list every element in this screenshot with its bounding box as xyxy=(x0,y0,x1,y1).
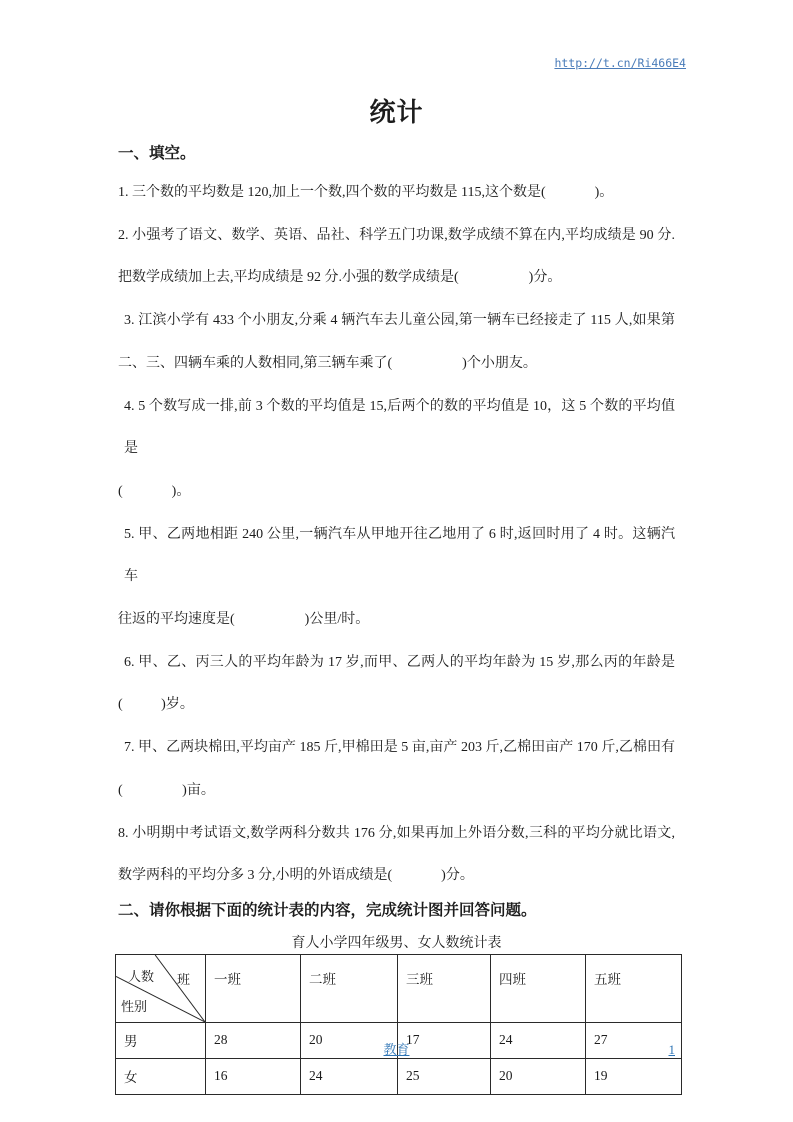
cell-female-class2: 24 xyxy=(301,1058,398,1094)
question-5: 5. 甲、乙两地相距 240 公里,一辆汽车从甲地开往乙地用了 6 时,返回时用… xyxy=(118,514,675,642)
corner-row-label: 性别 xyxy=(121,999,147,1014)
table-corner-cell: 人数 班 性别 xyxy=(116,954,206,1022)
cell-female-class3: 25 xyxy=(398,1058,491,1094)
table-title: 育人小学四年级男、女人数统计表 xyxy=(118,935,675,953)
stats-table: 人数 班 性别 一班 二班 三班 四班 五班 男 28 20 17 24 27 … xyxy=(115,954,682,1095)
cell-female-class4: 20 xyxy=(491,1058,586,1094)
question-7-line-2: ( )亩。 xyxy=(118,770,675,813)
question-4-line-1: 4. 5 个数写成一排,前 3 个数的平均值是 15,后两个的数的平均值是 10… xyxy=(118,386,675,471)
question-list: 1. 三个数的平均数是 120,加上一个数,四个数的平均数是 115,这个数是(… xyxy=(118,172,675,898)
question-2: 2. 小强考了语文、数学、英语、品社、科学五门功课,数学成绩不算在内,平均成绩是… xyxy=(118,215,675,300)
corner-col-label: 班 xyxy=(177,972,190,987)
question-7-line-1: 7. 甲、乙两块棉田,平均亩产 185 斤,甲棉田是 5 亩,亩产 203 斤,… xyxy=(118,727,675,770)
question-5-line-2: 往返的平均速度是( )公里/时。 xyxy=(118,599,675,642)
column-header-class1: 一班 xyxy=(206,954,301,1022)
question-4-line-2: ( )。 xyxy=(118,471,675,514)
cell-female-class5: 19 xyxy=(586,1058,682,1094)
page-number-link[interactable]: 1 xyxy=(669,1042,676,1058)
header-url-link[interactable]: http://t.cn/Ri466E4 xyxy=(554,56,686,70)
question-3-line-2: 二、三、四辆车乘的人数相同,第三辆车乘了( )个小朋友。 xyxy=(118,343,675,386)
question-6-line-2: ( )岁。 xyxy=(118,684,675,727)
question-5-line-1: 5. 甲、乙两地相距 240 公里,一辆汽车从甲地开往乙地用了 6 时,返回时用… xyxy=(118,514,675,599)
question-6-line-1: 6. 甲、乙、丙三人的平均年龄为 17 岁,而甲、乙两人的平均年龄为 15 岁,… xyxy=(118,642,675,685)
question-8-line-2: 数学两科的平均分多 3 分,小明的外语成绩是( )分。 xyxy=(118,855,675,898)
question-8-line-1: 8. 小明期中考试语文,数学两科分数共 176 分,如果再加上外语分数,三科的平… xyxy=(118,813,675,856)
question-8: 8. 小明期中考试语文,数学两科分数共 176 分,如果再加上外语分数,三科的平… xyxy=(118,813,675,898)
question-7: 7. 甲、乙两块棉田,平均亩产 185 斤,甲棉田是 5 亩,亩产 203 斤,… xyxy=(118,727,675,812)
question-1: 1. 三个数的平均数是 120,加上一个数,四个数的平均数是 115,这个数是(… xyxy=(118,172,675,215)
question-3: 3. 江滨小学有 433 个小朋友,分乘 4 辆汽车去儿童公园,第一辆车已经接走… xyxy=(118,300,675,385)
column-header-class2: 二班 xyxy=(301,954,398,1022)
column-header-class3: 三班 xyxy=(398,954,491,1022)
page-title: 统计 xyxy=(118,98,675,128)
education-link[interactable]: 教育 xyxy=(383,1042,409,1057)
header-url-line: http://t.cn/Ri466E4 xyxy=(118,55,686,72)
row-label-female: 女 xyxy=(116,1058,206,1094)
page-footer: 教育 1 xyxy=(118,1042,675,1058)
section2-heading: 二、请你根据下面的统计表的内容，完成统计图并回答问题。 xyxy=(118,901,675,921)
question-1-line-1: 1. 三个数的平均数是 120,加上一个数,四个数的平均数是 115,这个数是(… xyxy=(118,172,675,215)
question-3-line-1: 3. 江滨小学有 433 个小朋友,分乘 4 辆汽车去儿童公园,第一辆车已经接走… xyxy=(118,300,675,343)
corner-value-label: 人数 xyxy=(128,969,154,984)
question-2-line-2: 把数学成绩加上去,平均成绩是 92 分.小强的数学成绩是( )分。 xyxy=(118,257,675,300)
question-4: 4. 5 个数写成一排,前 3 个数的平均值是 15,后两个的数的平均值是 10… xyxy=(118,386,675,514)
table-row-female: 女 16 24 25 20 19 xyxy=(116,1058,682,1094)
column-header-class5: 五班 xyxy=(586,954,682,1022)
question-6: 6. 甲、乙、丙三人的平均年龄为 17 岁,而甲、乙两人的平均年龄为 15 岁,… xyxy=(118,642,675,727)
table-header-row: 人数 班 性别 一班 二班 三班 四班 五班 xyxy=(116,954,682,1022)
cell-female-class1: 16 xyxy=(206,1058,301,1094)
question-2-line-1: 2. 小强考了语文、数学、英语、品社、科学五门功课,数学成绩不算在内,平均成绩是… xyxy=(118,215,675,258)
section1-heading: 一、填空。 xyxy=(118,145,675,163)
worksheet-page: http://t.cn/Ri466E4 统计 一、填空。 1. 三个数的平均数是… xyxy=(0,0,793,1122)
column-header-class4: 四班 xyxy=(491,954,586,1022)
